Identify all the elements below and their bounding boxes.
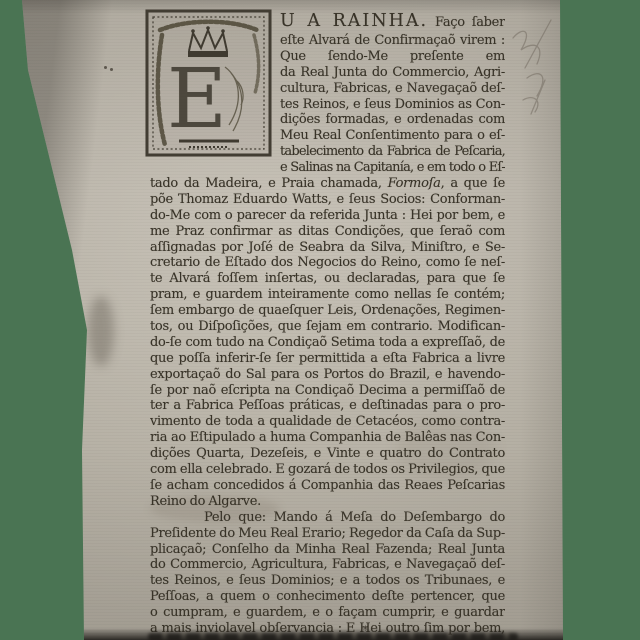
ink-smudge	[88, 296, 114, 366]
text-segment: Pelo que: Mando á Meſa do Deſembargo do …	[150, 510, 505, 526]
text-segment: Formoſa	[388, 176, 441, 191]
text-line: dições formadas, e ordenadas com o	[280, 112, 505, 128]
text-segment: cretario de Eſtado dos Negocios do Reino…	[150, 255, 505, 270]
text-line: Preſidente do Meu Real Erario; Regedor d…	[150, 526, 505, 542]
text-line: Peſſoas, a quem o conhecimento deſte per…	[150, 589, 505, 605]
text-segment: tado da Madeira, e Praia chamada,	[150, 176, 388, 191]
initial-letter-E: E	[167, 52, 227, 147]
text-segment: ria ao Eſtipulado a huma Companhia de Ba…	[150, 430, 505, 445]
text-segment: ter a Fabrica Peſſoas práticas, e deſtin…	[150, 398, 505, 413]
text-segment: te Alvará foſſem inſertas, ou declaradas…	[150, 271, 505, 287]
text-line: Reino do Algarve.	[150, 494, 505, 510]
text-segment: e Salinas na Capitanía, e em todo o Eſ-	[280, 160, 505, 175]
ink-speck	[104, 66, 107, 69]
text-segment: dições formadas, e ordenadas com o	[280, 112, 505, 128]
text-segment: Preſidente do Meu Real Erario; Regedor d…	[150, 526, 505, 541]
text-segment: Meu Real Conſentimento para o eſ-	[280, 128, 505, 143]
text-line: U A RAINHA. Faço ſaber aos que	[280, 12, 505, 33]
text-line: pram, e guardem inteiramente como nellas…	[150, 287, 505, 303]
text-line: com ella celebrado. E gozará de todos os…	[150, 462, 505, 478]
text-line: do-Me com o parecer da referida Junta : …	[150, 208, 505, 224]
text-line: põe Thomaz Eduardo Watts, e ſeus Socios:…	[150, 192, 505, 208]
document-paper: E U A RAINHA. Faço ſaber aos queeſte Alv…	[0, 0, 640, 640]
text-line: me Praz confirmar as ditas Condições, qu…	[150, 224, 505, 240]
text-segment: dições Quarta, Dezeſeis, e Vinte e quatr…	[150, 446, 505, 461]
text-segment: tabelecimento da Fabrica de Peſcaria,	[280, 144, 505, 159]
text-line: Meu Real Conſentimento para o eſ-	[280, 128, 505, 144]
text-line: tabelecimento da Fabrica de Peſcaria,	[280, 144, 505, 160]
text-line: tado da Madeira, e Praia chamada, Formoſ…	[150, 176, 505, 192]
text-segment: pram, e guardem inteiramente como nellas…	[150, 287, 505, 302]
text-line: ſem embargo de quaeſquer Leis, Ordenaçõe…	[150, 303, 505, 319]
text-segment: com ella celebrado. E gozará de todos os…	[150, 462, 505, 477]
text-line: Pelo que: Mando á Meſa do Deſembargo do …	[150, 510, 505, 526]
text-segment: que poſſa inferir-ſe ſer permittida a eſ…	[150, 351, 505, 366]
text-segment: tes Reinos, e ſeus Dominios; e a todos o…	[150, 573, 505, 588]
text-segment: exportaçaõ do Sal para os Portos do Braz…	[150, 367, 505, 382]
text-line: o cumpram, e guardem, e o façam cumprir,…	[150, 605, 505, 621]
text-segment: cultura, Fabricas, e Navegaçaõ deſ-	[280, 81, 505, 96]
text-line: Que ſendo-Me preſente em Conſulta	[280, 49, 505, 65]
text-segment: tes Reinos, e ſeus Dominios as Con-	[280, 97, 505, 112]
text-line: ria ao Eſtipulado a huma Companhia de Ba…	[150, 430, 505, 446]
text-line: tes Reinos, e ſeus Dominios as Con-	[280, 97, 505, 113]
text-line: ſe acham concedidos á Companhia das Reae…	[150, 478, 505, 494]
text-line: eſte Alvará de Confirmaçaõ virem :	[280, 33, 505, 49]
text-line: tos, ou Diſpoſições, que ſejam em contra…	[150, 319, 505, 335]
text-segment: vimento de toda a qualidade de Cetacéos,…	[150, 414, 505, 429]
text-segment: Reino do Algarve.	[150, 494, 261, 509]
text-segment: me Praz confirmar as ditas Condições, qu…	[150, 224, 505, 240]
text-line: do-ſe com tudo na Condiçaõ Setima toda a…	[150, 335, 505, 351]
text-segment: do Commercio, Agricultura, Fabricas, e N…	[150, 557, 505, 572]
text-segment: da Real Junta do Commercio, Agri-	[280, 65, 505, 80]
paper-left-edge-shadow	[0, 0, 120, 640]
text-line: cultura, Fabricas, e Navegaçaõ deſ-	[280, 81, 505, 97]
text-line: da Real Junta do Commercio, Agri-	[280, 65, 505, 81]
text-line: exportaçaõ do Sal para os Portos do Braz…	[150, 367, 505, 383]
photo-of-document: E U A RAINHA. Faço ſaber aos queeſte Alv…	[0, 0, 640, 640]
pencil-marginalia	[503, 16, 565, 136]
opening-caps: U A RAINHA.	[280, 12, 428, 31]
text-line: que poſſa inferir-ſe ſer permittida a eſ…	[150, 351, 505, 367]
text-line: tes Reinos, e ſeus Dominios; e a todos o…	[150, 573, 505, 589]
text-segment: Peſſoas, a quem o conhecimento deſte per…	[150, 589, 505, 605]
body-text: E U A RAINHA. Faço ſaber aos queeſte Alv…	[150, 12, 505, 637]
text-line: vimento de toda a qualidade de Cetacéos,…	[150, 414, 505, 430]
ink-speck	[110, 68, 113, 71]
text-segment: tos, ou Diſpoſições, que ſejam em contra…	[150, 319, 505, 334]
text-line: ter a Fabrica Peſſoas práticas, e deſtin…	[150, 398, 505, 414]
text-segment: eſte Alvará de Confirmaçaõ virem :	[280, 33, 505, 48]
text-segment: o cumpram, e guardem, e o façam cumprir,…	[150, 605, 505, 621]
text-segment: plicaçaõ; Conſelho da Minha Real Fazenda…	[150, 542, 505, 557]
text-segment: ſem embargo de quaeſquer Leis, Ordenaçõe…	[150, 303, 505, 318]
text-line: plicaçaõ; Conſelho da Minha Real Fazenda…	[150, 542, 505, 558]
text-segment: Que ſendo-Me preſente em Conſulta	[280, 49, 505, 65]
text-segment: do-ſe com tudo na Condiçaõ Setima toda a…	[150, 335, 505, 350]
text-line: cretario de Eſtado dos Negocios do Reino…	[150, 255, 505, 271]
text-segment: põe Thomaz Eduardo Watts, e ſeus Socios:…	[150, 192, 505, 207]
text-line: e Salinas na Capitanía, e em todo o Eſ-	[280, 160, 505, 176]
woodcut-initial-frame: E	[145, 9, 272, 157]
text-line: te Alvará foſſem inſertas, ou declaradas…	[150, 271, 505, 287]
text-line: ſe por naõ eſcripta na Condiçaõ Decima a…	[150, 383, 505, 399]
text-segment: ſe por naõ eſcripta na Condiçaõ Decima a…	[150, 383, 505, 398]
text-line: do Commercio, Agricultura, Fabricas, e N…	[150, 557, 505, 573]
paragraph-2: Pelo que: Mando á Meſa do Deſembargo do …	[150, 510, 505, 637]
text-line: aſſignadas por Joſé de Seabra da Silva, …	[150, 240, 505, 256]
text-segment: do-Me com o parecer da referida Junta : …	[150, 208, 505, 223]
photo-bottom-edge-shadow	[0, 628, 640, 640]
text-segment: aſſignadas por Joſé de Seabra da Silva, …	[150, 240, 505, 255]
text-segment: ſe acham concedidos á Companhia das Reae…	[150, 478, 505, 494]
text-line: dições Quarta, Dezeſeis, e Vinte e quatr…	[150, 446, 505, 462]
